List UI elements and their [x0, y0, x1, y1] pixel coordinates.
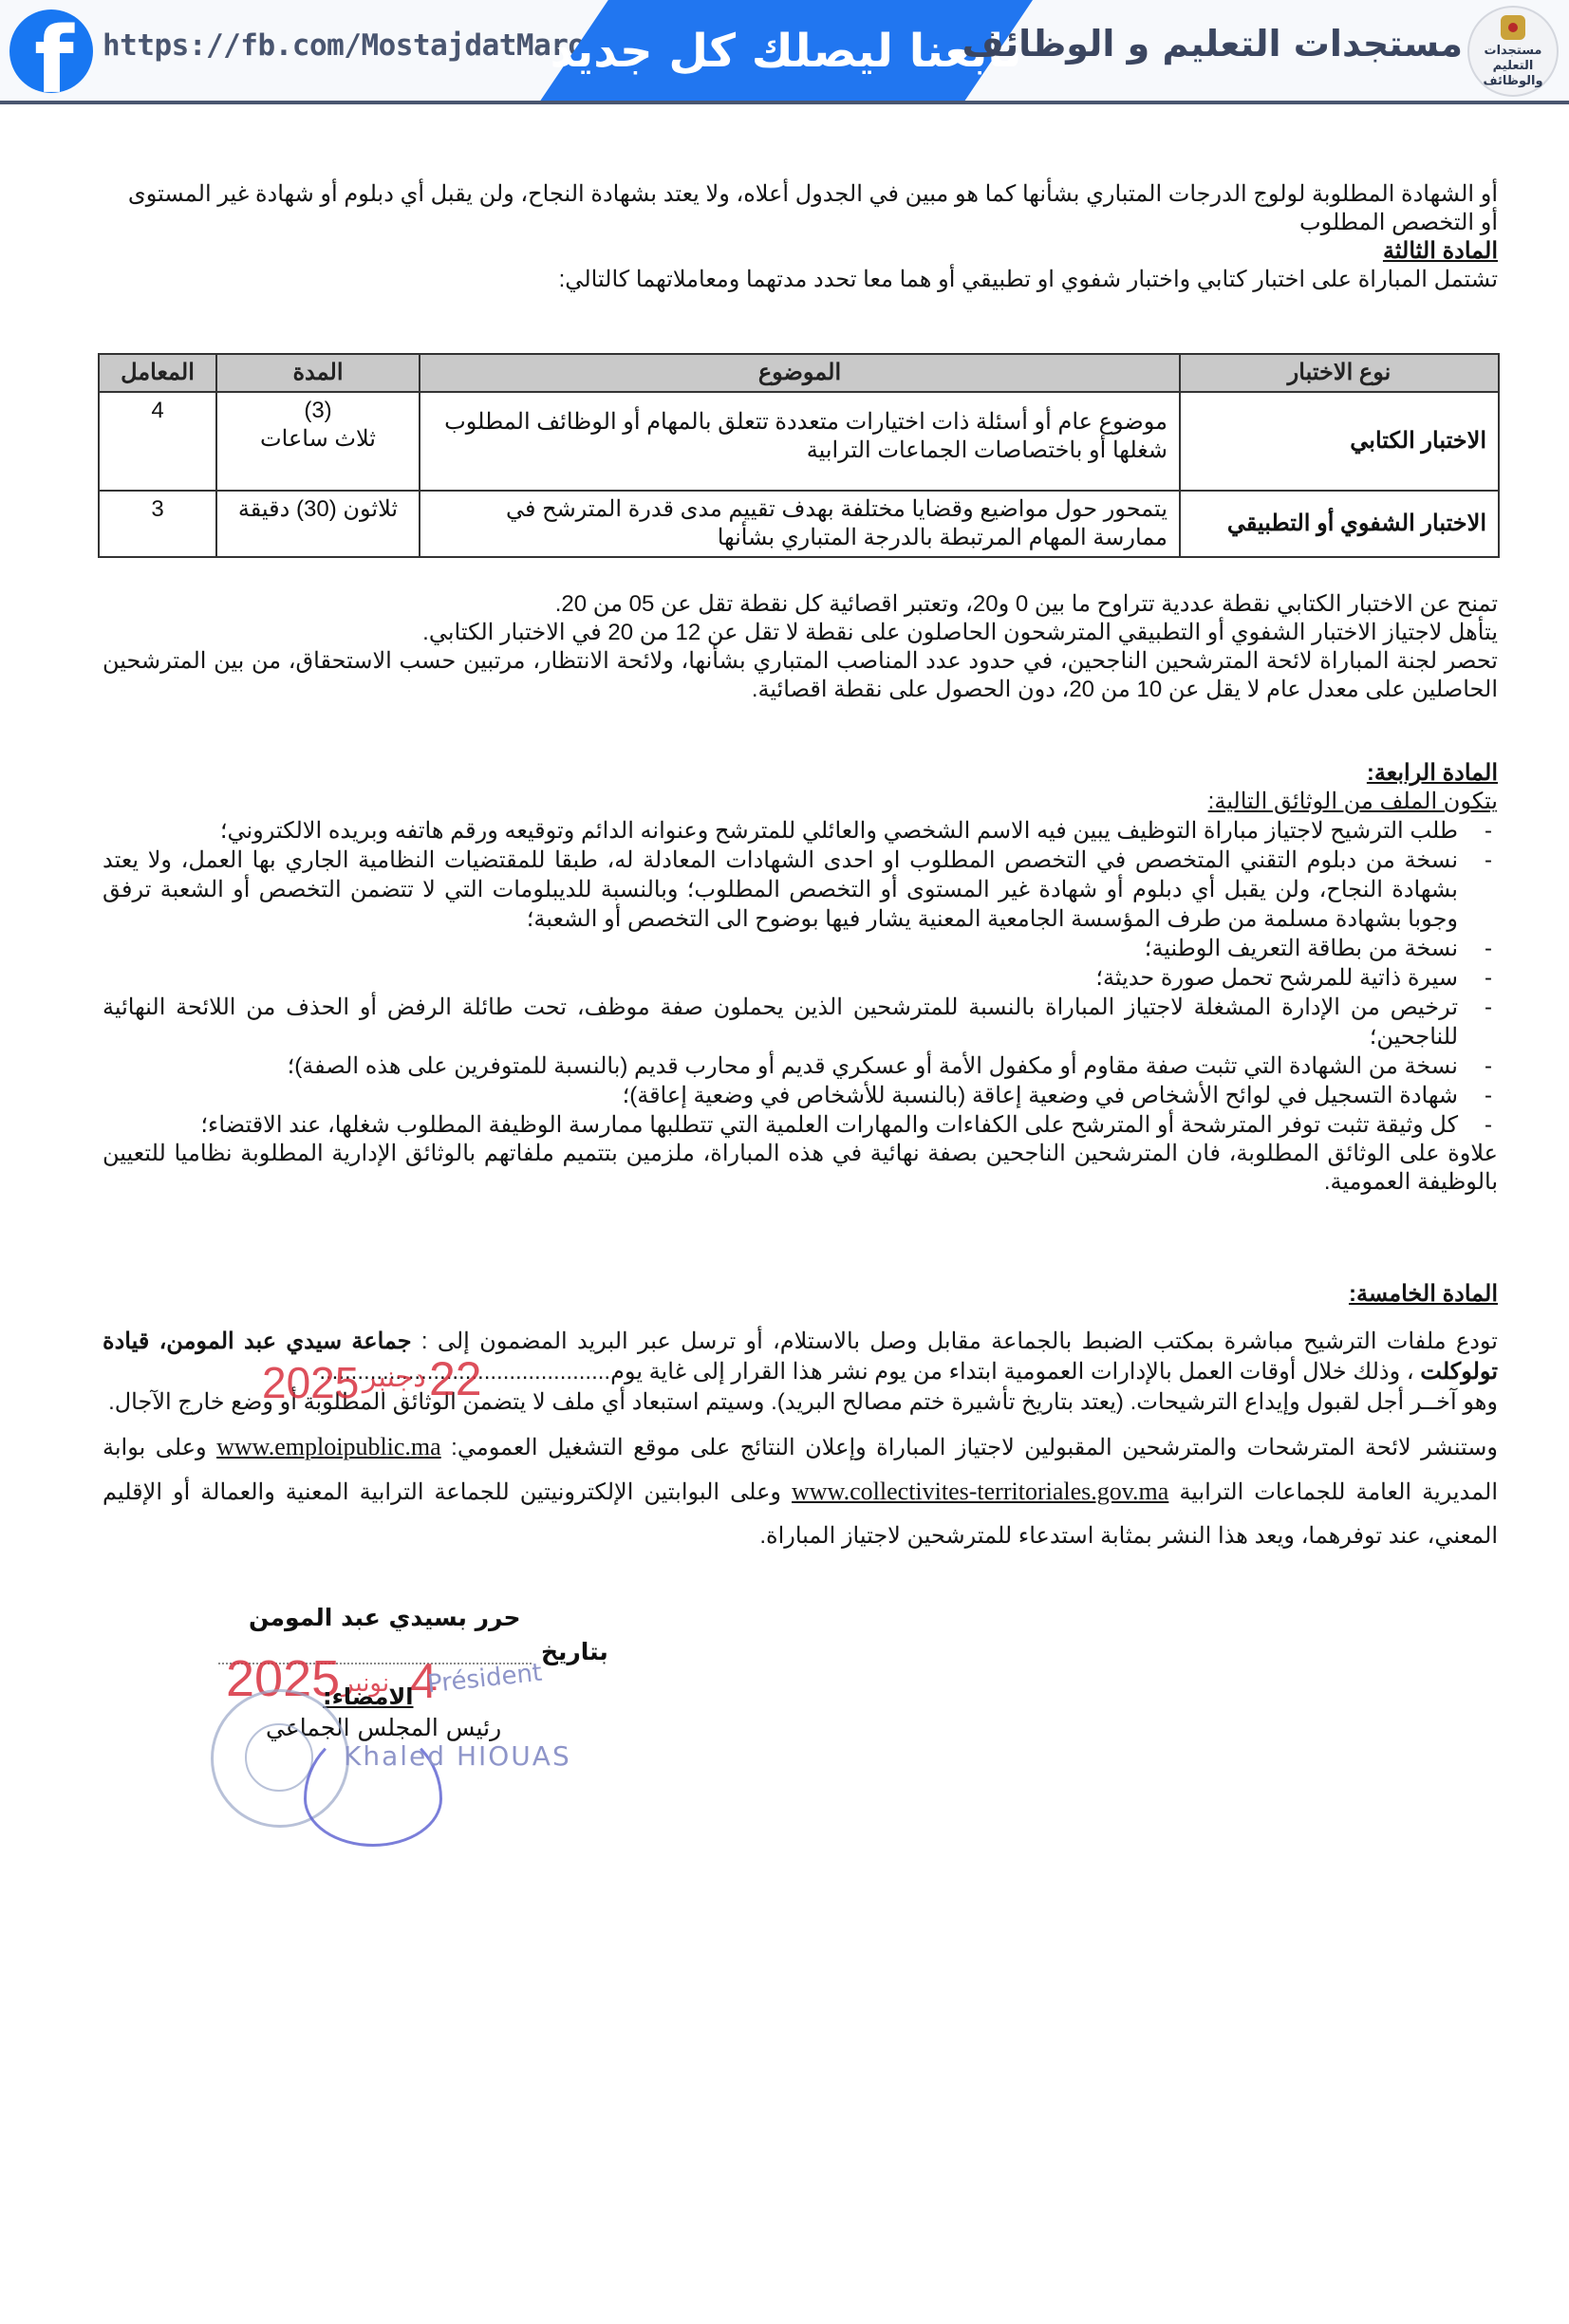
exam-duration: ثلاثون (30) دقيقة [216, 491, 420, 557]
exam-type: الاختبار الشفوي أو التطبيقي [1180, 491, 1499, 557]
table-row: الاختبار الشفوي أو التطبيقي يتمحور حول م… [99, 491, 1499, 557]
article4-subheading: يتكون الملف من الوثائق التالية: [1208, 789, 1498, 814]
facebook-icon[interactable]: f [9, 9, 93, 93]
exam-coefficient: 3 [99, 491, 216, 557]
article4-closing: علاوة على الوثائق المطلوبة، فان المترشحي… [103, 1140, 1498, 1197]
list-item: ترخيص من الإدارة المشغلة لاجتياز المبارا… [103, 993, 1498, 1051]
signed-at: حرر بسيدي عبد المومن [249, 1604, 521, 1631]
exam-duration: (3) ثلاث ساعات [216, 392, 420, 491]
deadline-stamp-year: 2025 [262, 1357, 359, 1408]
list-item: نسخة من الشهادة التي تثبت صفة مقاوم أو م… [103, 1051, 1498, 1081]
duration-text: ثلاث ساعات [229, 425, 407, 454]
publication-text: وستنشر لائحة المترشحات والمترشحين المقبو… [441, 1435, 1498, 1460]
header-duration: المدة [216, 354, 420, 392]
header-coefficient: المعامل [99, 354, 216, 392]
header-exam-type: نوع الاختبار [1180, 354, 1499, 392]
logo-text-line2: والوظائف [1483, 74, 1542, 89]
intro-line2: أو التخصص المطلوب [103, 209, 1498, 237]
slogan-text: تابعنا ليصلك كل جديد [539, 0, 1033, 102]
site-name: مستجدات التعليم و الوظائف [962, 23, 1463, 65]
list-item: سيرة ذاتية للمرشح تحمل صورة حديثة؛ [103, 963, 1498, 993]
rule-final-list: تحصر لجنة المباراة لائحة المترشحين الناج… [103, 647, 1498, 704]
table-header-row: نوع الاختبار الموضوع المدة المعامل [99, 354, 1499, 392]
collectivites-link[interactable]: www.collectivites-territoriales.gov.ma [792, 1478, 1168, 1505]
intro-line1: أو الشهادة المطلوبة لولوج الدرجات المتبا… [103, 180, 1498, 209]
exam-subject: موضوع عام أو أسئلة ذات اختيارات متعددة ت… [420, 392, 1180, 491]
article3-rules: تمنح عن الاختبار الكتابي نقطة عددية تترا… [103, 590, 1498, 704]
deposit-text: تودع ملفات الترشيح مباشرة بمكتب الضبط با… [412, 1329, 1498, 1354]
exam-type: الاختبار الكتابي [1180, 392, 1499, 491]
emploipublic-link[interactable]: www.emploipublic.ma [216, 1433, 441, 1460]
required-documents-list: طلب الترشيح لاجتياز مباراة التوظيف يبين … [103, 816, 1498, 1140]
table-row: الاختبار الكتابي موضوع عام أو أسئلة ذات … [99, 392, 1499, 491]
list-item: كل وثيقة تثبت توفر المترشحة أو المترشح ع… [103, 1110, 1498, 1140]
article5: المادة الخامسة: تودع ملفات الترشيح مباشر… [103, 1279, 1498, 1558]
article3-heading: المادة الثالثة [1383, 237, 1498, 266]
rule-written-score: تمنح عن الاختبار الكتابي نقطة عددية تترا… [103, 590, 1498, 619]
exam-table: نوع الاختبار الموضوع المدة المعامل الاخت… [98, 353, 1500, 558]
deadline-stamp-month: دجنبر [363, 1361, 426, 1394]
president-stamp: Président [426, 1659, 544, 1700]
list-item: طلب الترشيح لاجتياز مباراة التوظيف يبين … [103, 816, 1498, 846]
article4: المادة الرابعة: يتكون الملف من الوثائق ا… [103, 759, 1498, 1197]
article5-publication: وستنشر لائحة المترشحات والمترشحين المقبو… [103, 1425, 1498, 1558]
official-seal-center [245, 1723, 313, 1792]
banner-divider [0, 101, 1569, 104]
signature-label: الامضاء: [323, 1683, 413, 1710]
exam-subject: يتمحور حول مواضيع وقضايا مختلفة بهدف تقي… [420, 491, 1180, 557]
article3-intro: تشتمل المباراة على اختبار كتابي واختبار … [103, 266, 1498, 294]
deposit-period-text: ، وذلك خلال أوقات العمل بالإدارات العموم… [319, 1359, 1420, 1385]
signer-name-stamp: Khaled HIOUAS [344, 1740, 571, 1772]
header-subject: الموضوع [420, 354, 1180, 392]
deadline-stamp-day: 22 [429, 1351, 482, 1406]
coat-of-arms-icon [1501, 15, 1525, 40]
site-logo: مستجدات التعليم والوظائف [1467, 6, 1559, 97]
duration-number: (3) [229, 397, 407, 425]
facebook-url-link[interactable]: https://fb.com/MostajdatMaroc [103, 28, 603, 63]
rule-oral-qualification: يتأهل لاجتياز الاختبار الشفوي أو التطبيق… [103, 619, 1498, 647]
list-item: شهادة التسجيل في لوائح الأشخاص في وضعية … [103, 1081, 1498, 1110]
list-item: نسخة من دبلوم التقني المتخصص في التخصص ا… [103, 846, 1498, 934]
document-body: أو الشهادة المطلوبة لولوج الدرجات المتبا… [103, 180, 1498, 294]
exam-coefficient: 4 [99, 392, 216, 491]
logo-text-line1: مستجدات التعليم [1469, 44, 1557, 74]
list-item: نسخة من بطاقة التعريف الوطنية؛ [103, 934, 1498, 963]
article4-heading: المادة الرابعة: [1367, 759, 1498, 788]
date-label: بتاريخ [541, 1638, 608, 1665]
article5-heading: المادة الخامسة: [1349, 1279, 1498, 1310]
